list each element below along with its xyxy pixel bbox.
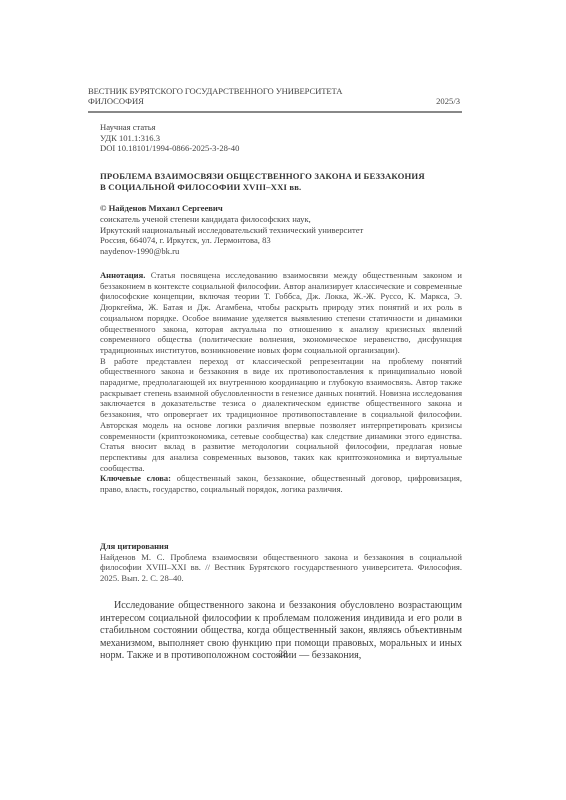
article-title: ПРОБЛЕМА ВЗАИМОСВЯЗИ ОБЩЕСТВЕННОГО ЗАКОН… [100, 171, 462, 192]
abstract-paragraph-1: Аннотация. Статья посвящена исследованию… [100, 270, 462, 356]
title-line-1: ПРОБЛЕМА ВЗАИМОСВЯЗИ ОБЩЕСТВЕННОГО ЗАКОН… [100, 171, 462, 182]
document-page: ВЕСТНИК БУРЯТСКОГО ГОСУДАРСТВЕННОГО УНИВ… [0, 0, 566, 800]
author-name: © Найденов Михаил Сергеевич [100, 203, 462, 214]
doi: DOI 10.18101/1994-0866-2025-3-28-40 [100, 143, 239, 154]
running-header: ВЕСТНИК БУРЯТСКОГО ГОСУДАРСТВЕННОГО УНИВ… [88, 86, 460, 106]
page-number: 28 [0, 649, 566, 659]
udc-code: УДК 101.1:316.3 [100, 133, 239, 144]
article-meta: Научная статья УДК 101.1:316.3 DOI 10.18… [100, 122, 239, 154]
header-rule [88, 111, 462, 113]
author-block: © Найденов Михаил Сергеевич соискатель у… [100, 203, 462, 257]
citation-label: Для цитирования [100, 541, 462, 552]
abstract-paragraph-2: В работе представлен переход от классиче… [100, 356, 462, 474]
keywords-label: Ключевые слова: [100, 473, 171, 483]
keywords: Ключевые слова: общественный закон, безз… [100, 473, 462, 494]
journal-name: ВЕСТНИК БУРЯТСКОГО ГОСУДАРСТВЕННОГО УНИВ… [88, 86, 460, 96]
article-type: Научная статья [100, 122, 239, 133]
author-address: Россия, 664074, г. Иркутск, ул. Лермонто… [100, 235, 462, 246]
title-line-2: В СОЦИАЛЬНОЙ ФИЛОСОФИИ XVIII–XXI вв. [100, 182, 462, 193]
citation-block: Для цитирования Найденов М. С. Проблема … [100, 541, 462, 584]
author-email[interactable]: naydenov-1990@bk.ru [100, 246, 462, 257]
author-affiliation: Иркутский национальный исследовательский… [100, 225, 462, 236]
journal-section: ФИЛОСОФИЯ [88, 96, 144, 106]
citation-text: Найденов М. С. Проблема взаимосвязи обще… [100, 552, 462, 583]
abstract-label: Аннотация. [100, 270, 145, 280]
abstract: Аннотация. Статья посвящена исследованию… [100, 270, 462, 495]
issue-number: 2025/3 [436, 96, 460, 106]
author-position: соискатель ученой степени кандидата фило… [100, 214, 462, 225]
